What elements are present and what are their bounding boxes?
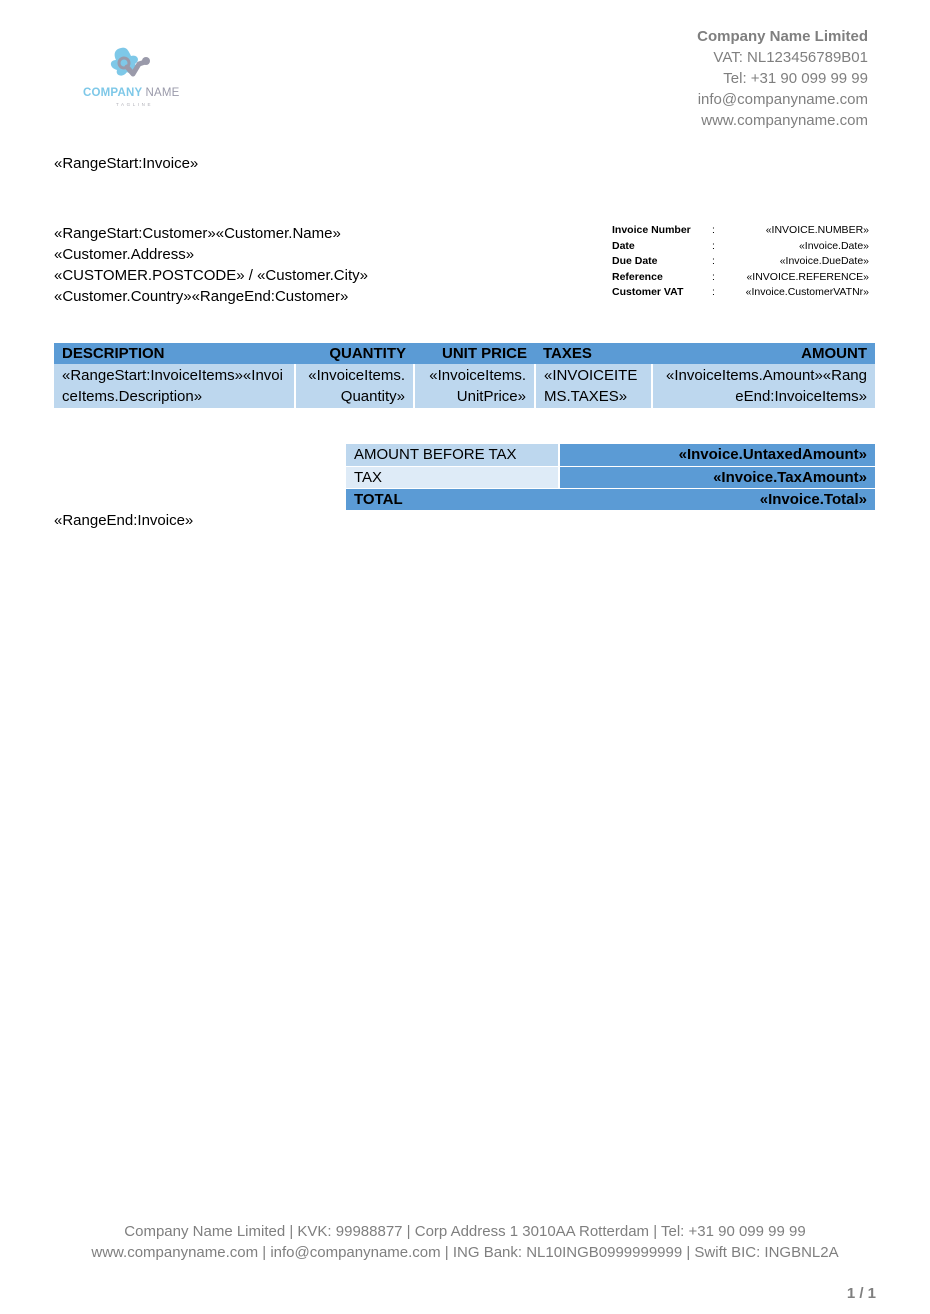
meta-value: «Invoice.CustomerVATNr» — [730, 285, 869, 301]
company-info: Company Name Limited VAT: NL123456789B01… — [697, 26, 868, 131]
company-website: www.companyname.com — [697, 110, 868, 131]
header-unit-price: UNIT PRICE — [414, 343, 535, 364]
company-logo: COMPANY NAME TAGLINE — [80, 44, 184, 110]
meta-sep: : — [712, 239, 730, 255]
meta-sep: : — [712, 223, 730, 239]
customer-line: «RangeStart:Customer»«Customer.Name» — [54, 223, 368, 244]
cell-quantity: «InvoiceItems.Quantity» — [295, 364, 414, 408]
logo-tagline: TAGLINE — [116, 102, 153, 107]
table-header-row: DESCRIPTION QUANTITY UNIT PRICE TAXES AM… — [54, 343, 875, 364]
meta-value: «Invoice.DueDate» — [730, 254, 869, 270]
header-taxes: TAXES — [535, 343, 652, 364]
meta-value: «Invoice.Date» — [730, 239, 869, 255]
meta-value: «INVOICE.REFERENCE» — [730, 270, 869, 286]
logo-name: COMPANY NAME — [83, 87, 180, 99]
customer-line: «Customer.Country»«RangeEnd:Customer» — [54, 286, 368, 307]
company-email: info@companyname.com — [697, 89, 868, 110]
company-vat: VAT: NL123456789B01 — [697, 47, 868, 68]
cell-description: «RangeStart:InvoiceItems»«InvoiceItems.D… — [54, 364, 295, 408]
header-description: DESCRIPTION — [54, 343, 295, 364]
tax-value: «Invoice.TaxAmount» — [559, 466, 875, 488]
meta-label: Customer VAT — [612, 285, 712, 301]
totals-table: AMOUNT BEFORE TAX «Invoice.UntaxedAmount… — [346, 444, 875, 511]
meta-sep: : — [712, 254, 730, 270]
logo-mark-icon — [107, 46, 153, 84]
meta-label: Invoice Number — [612, 223, 712, 239]
invoice-meta: Invoice Number:«INVOICE.NUMBER» Date:«In… — [612, 223, 869, 301]
meta-sep: : — [712, 270, 730, 286]
totals-row-untaxed: AMOUNT BEFORE TAX «Invoice.UntaxedAmount… — [346, 444, 875, 466]
total-value: «Invoice.Total» — [559, 488, 875, 510]
cell-amount: «InvoiceItems.Amount»«RangeEnd:InvoiceIt… — [652, 364, 875, 408]
cell-unit-price: «InvoiceItems.UnitPrice» — [414, 364, 535, 408]
company-tel: Tel: +31 90 099 99 99 — [697, 68, 868, 89]
company-name: Company Name Limited — [697, 26, 868, 47]
header-quantity: QUANTITY — [295, 343, 414, 364]
totals-row-total: TOTAL «Invoice.Total» — [346, 488, 875, 510]
footer-line: www.companyname.com | info@companyname.c… — [0, 1242, 930, 1263]
untaxed-value: «Invoice.UntaxedAmount» — [559, 444, 875, 466]
table-row: «RangeStart:InvoiceItems»«InvoiceItems.D… — [54, 364, 875, 408]
meta-sep: : — [712, 285, 730, 301]
meta-label: Date — [612, 239, 712, 255]
totals-row-tax: TAX «Invoice.TaxAmount» — [346, 466, 875, 488]
tax-label: TAX — [346, 466, 559, 488]
meta-label: Reference — [612, 270, 712, 286]
meta-row-reference: Reference:«INVOICE.REFERENCE» — [612, 270, 869, 286]
header-amount: AMOUNT — [652, 343, 875, 364]
customer-address-block: «RangeStart:Customer»«Customer.Name» «Cu… — [54, 223, 368, 307]
meta-row-due-date: Due Date:«Invoice.DueDate» — [612, 254, 869, 270]
customer-line: «CUSTOMER.POSTCODE» / «Customer.City» — [54, 265, 368, 286]
meta-row-date: Date:«Invoice.Date» — [612, 239, 869, 255]
footer-line: Company Name Limited | KVK: 99988877 | C… — [0, 1221, 930, 1242]
range-end-invoice: «RangeEnd:Invoice» — [54, 510, 193, 531]
invoice-items-table: DESCRIPTION QUANTITY UNIT PRICE TAXES AM… — [54, 343, 875, 408]
page-number: 1 / 1 — [847, 1285, 876, 1302]
page-footer: Company Name Limited | KVK: 99988877 | C… — [0, 1221, 930, 1263]
meta-row-invoice-number: Invoice Number:«INVOICE.NUMBER» — [612, 223, 869, 239]
meta-label: Due Date — [612, 254, 712, 270]
meta-value: «INVOICE.NUMBER» — [730, 223, 869, 239]
customer-line: «Customer.Address» — [54, 244, 368, 265]
untaxed-label: AMOUNT BEFORE TAX — [346, 444, 559, 466]
meta-row-customer-vat: Customer VAT:«Invoice.CustomerVATNr» — [612, 285, 869, 301]
range-start-invoice: «RangeStart:Invoice» — [54, 153, 198, 174]
total-label: TOTAL — [346, 488, 559, 510]
cell-taxes: «INVOICEITEMS.TAXES» — [535, 364, 652, 408]
